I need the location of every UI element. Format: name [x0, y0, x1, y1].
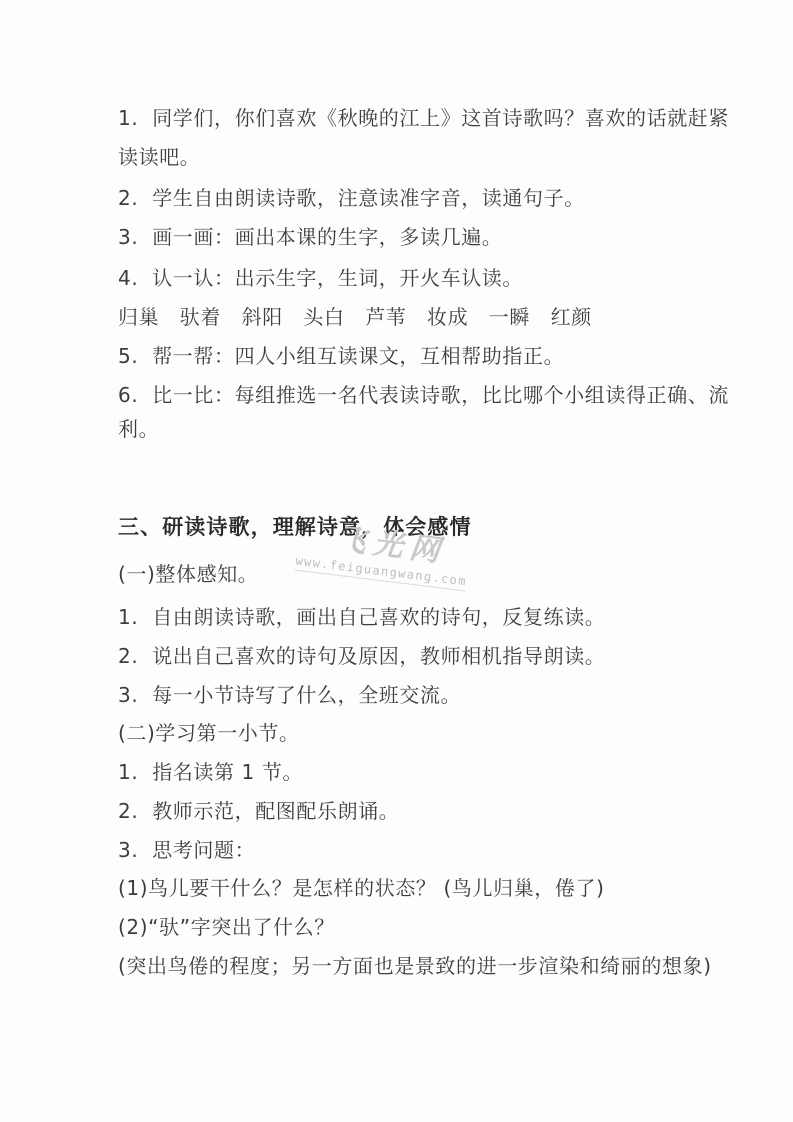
overall-item-2: 2. 说出自己喜欢的诗句及原因，教师相机指导朗读。 — [118, 643, 605, 669]
step-help-each-other: 5. 帮一帮：四人小组互读课文，互相帮助指正。 — [118, 343, 564, 369]
intro-step-1: 1. 同学们，你们喜欢《秋晚的江上》这首诗歌吗？喜欢的话就赶紧 — [118, 105, 729, 131]
stanza1-item-3: 3. 思考问题： — [118, 837, 255, 863]
step-read-aloud: 2. 学生自由朗读诗歌，注意读准字音，读通句子。 — [118, 185, 585, 211]
document-page: 1. 同学们，你们喜欢《秋晚的江上》这首诗歌吗？喜欢的话就赶紧 读读吧。 2. … — [0, 0, 793, 1122]
answer-note: (突出鸟倦的程度；另一方面也是景致的进一步渲染和绮丽的想象) — [118, 953, 712, 979]
stanza1-item-2: 2. 教师示范，配图配乐朗诵。 — [118, 798, 399, 824]
step-compare-wrap: 利。 — [118, 416, 159, 442]
intro-step-1-wrap: 读读吧。 — [118, 144, 200, 170]
overall-item-3: 3. 每一小节诗写了什么，全班交流。 — [118, 682, 461, 708]
question-2: (2)“驮”字突出了什么？ — [118, 914, 335, 940]
watermark-url: www.feiguangwang.com — [294, 554, 467, 592]
subsection-stanza1-title: (二)学习第一小节。 — [118, 720, 300, 746]
new-words-list: 归巢 驮着 斜阳 头白 芦苇 妆成 一瞬 红颜 — [118, 304, 592, 330]
stanza1-item-1: 1. 指名读第 1 节。 — [118, 759, 303, 785]
step-compare: 6. 比一比：每组推选一名代表读诗歌，比比哪个小组读得正确、流 — [118, 382, 729, 408]
overall-item-1: 1. 自由朗读诗歌，画出自己喜欢的诗句，反复练读。 — [118, 604, 605, 630]
section-3-heading: 三、研读诗歌，理解诗意，体会感情 — [118, 514, 472, 540]
step-draw-words: 3. 画一画：画出本课的生字，多读几遍。 — [118, 224, 502, 250]
subsection-overall-title: (一)整体感知。 — [118, 561, 258, 587]
step-recognize: 4. 认一认：出示生字，生词，开火车认读。 — [118, 265, 523, 291]
question-1: (1)鸟儿要干什么？是怎样的状态？ (鸟儿归巢，倦了) — [118, 875, 605, 901]
